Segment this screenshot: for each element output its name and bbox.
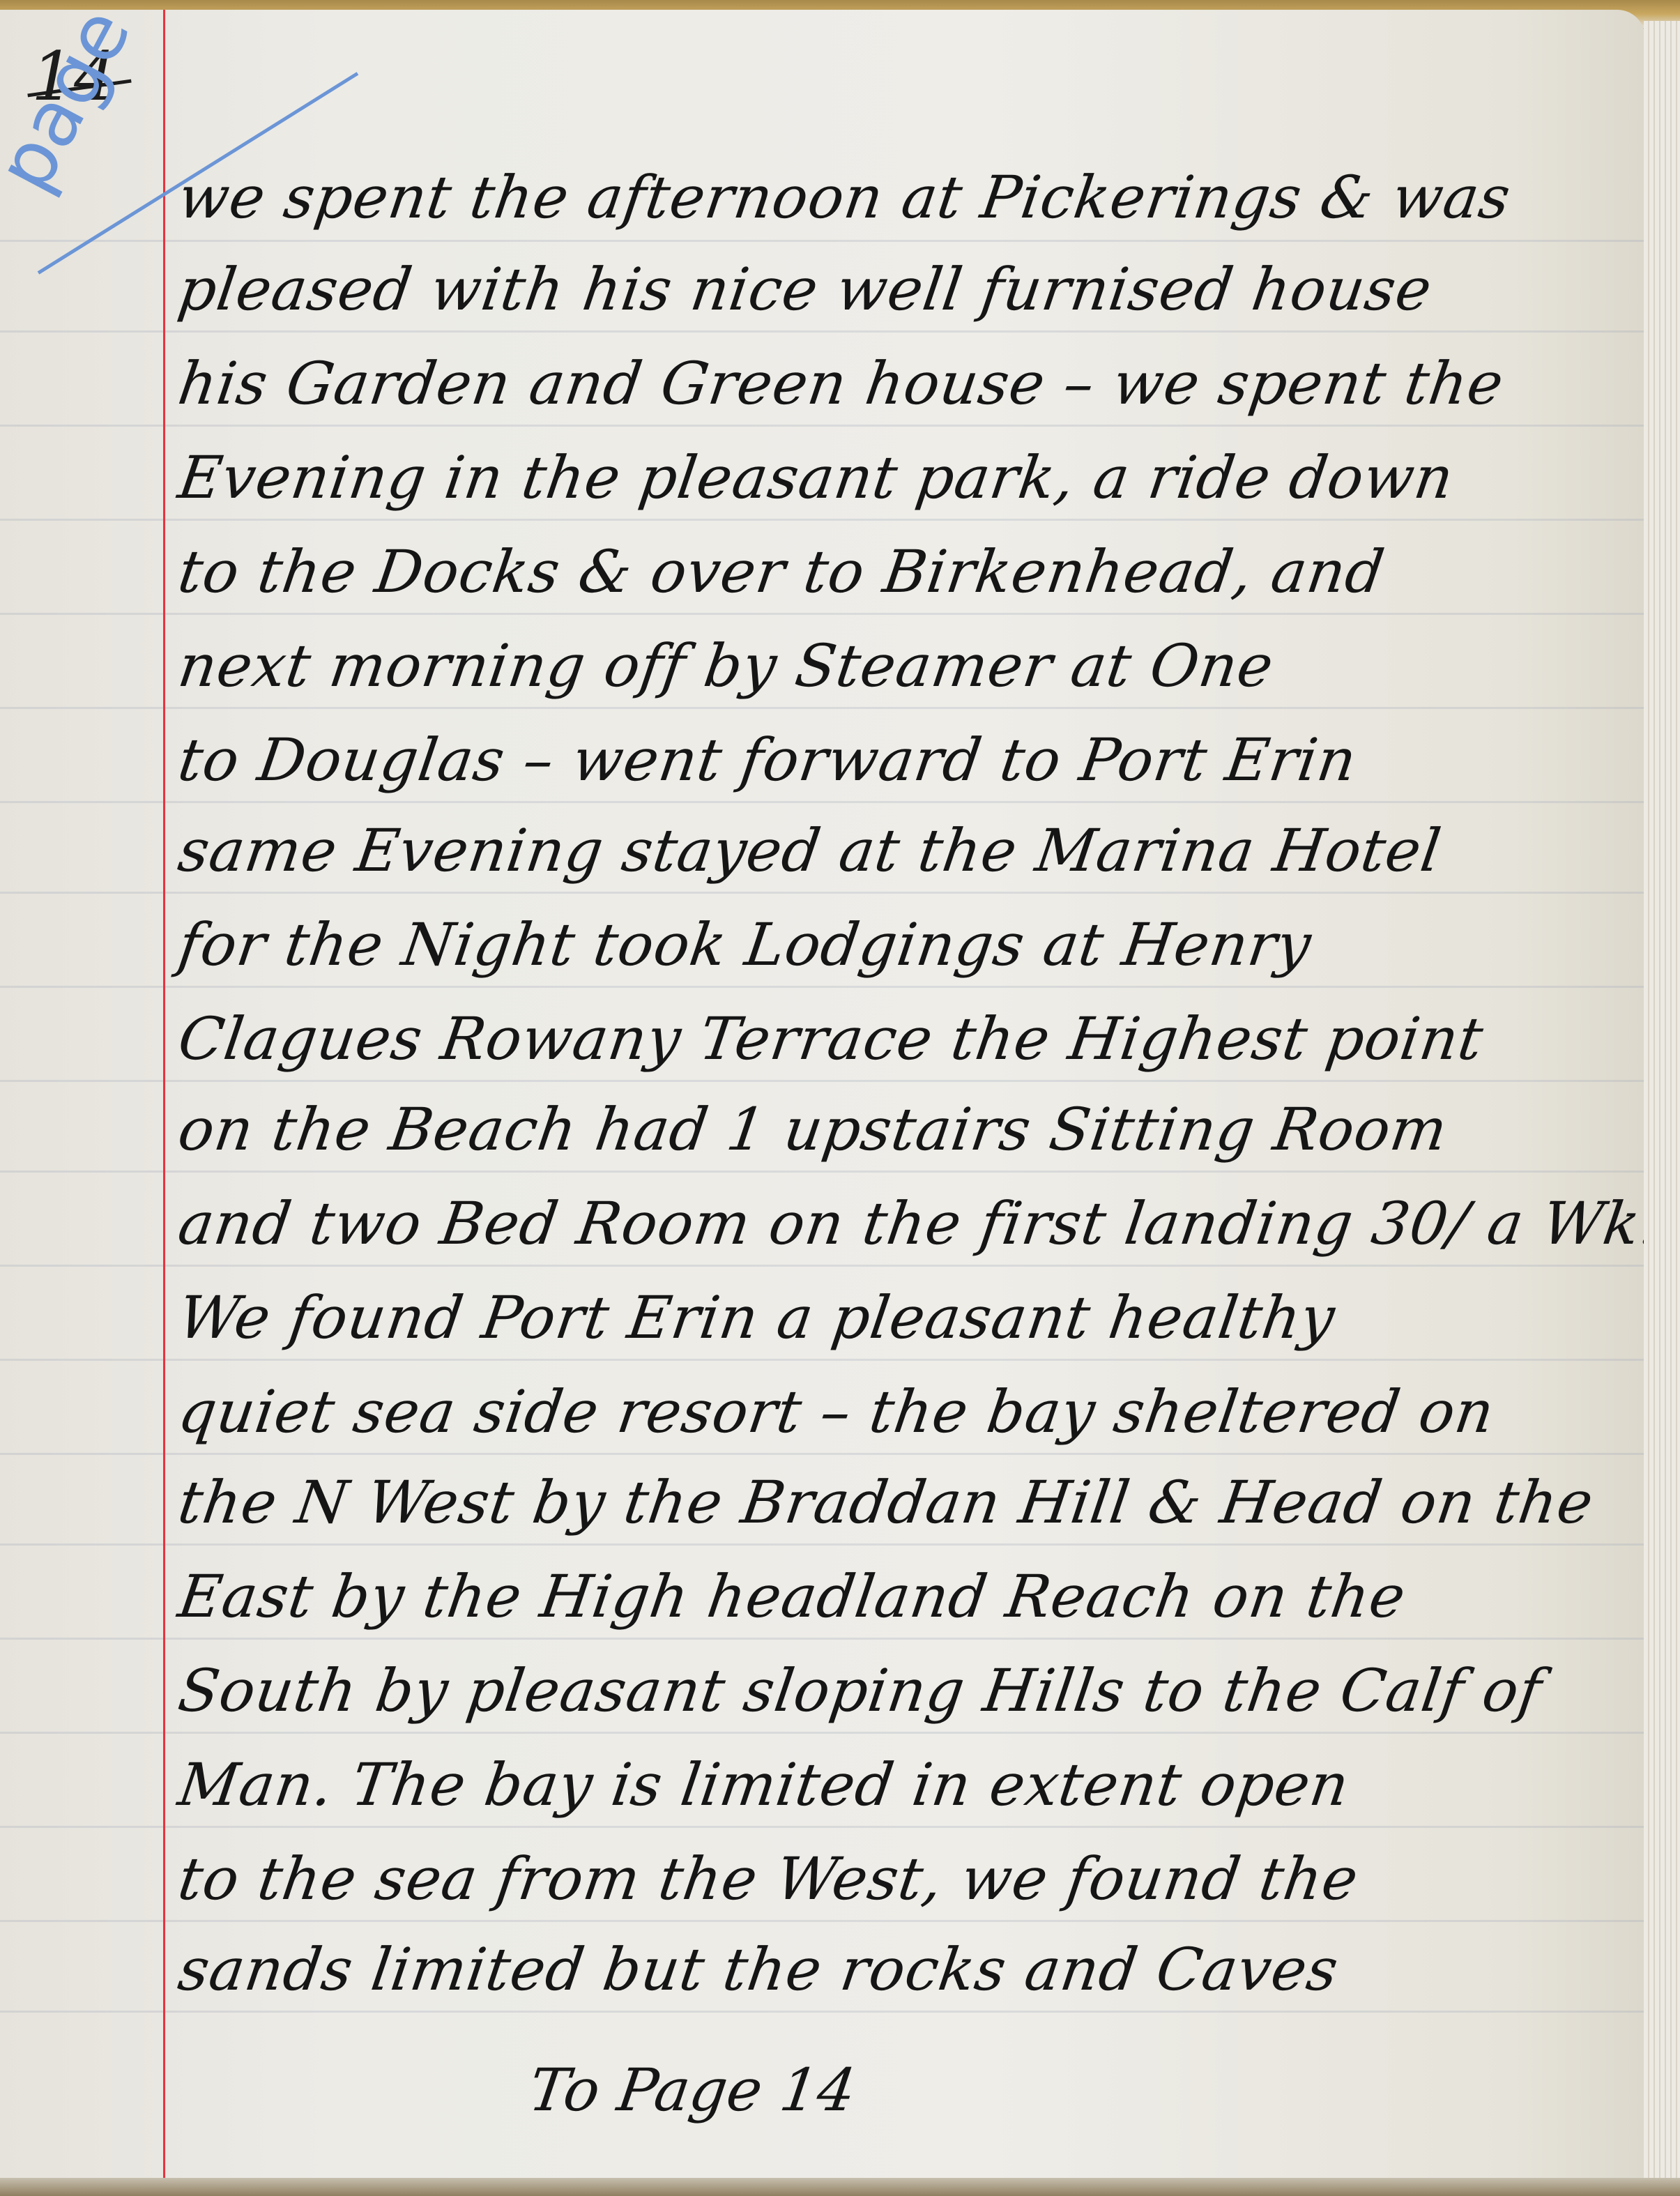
text-line-16: East by the High headland Reach on the — [174, 1562, 1410, 1631]
text-line-20: sands limited but the rocks and Caves — [174, 1935, 1343, 2004]
ruled-line — [0, 1826, 1645, 1828]
text-line-11: on the Beach had 1 upstairs Sitting Room — [174, 1095, 1452, 1164]
text-line-6: next morning off by Steamer at One — [174, 632, 1278, 700]
text-line-1: we spent the afternoon at Pickerings & w… — [174, 163, 1515, 231]
red-margin-rule — [163, 10, 165, 2185]
ruled-line — [0, 892, 1645, 894]
ruled-line — [0, 519, 1645, 521]
text-line-5: to the Docks & over to Birkenhead, and — [174, 537, 1389, 606]
text-line-10: Clagues Rowany Terrace the Highest point — [174, 1005, 1488, 1073]
ruled-line — [0, 1171, 1645, 1173]
text-line-13: We found Port Erin a pleasant healthy — [174, 1283, 1339, 1352]
text-line-14: quiet sea side resort – the bay sheltere… — [174, 1378, 1499, 1446]
text-line-2: pleased with his nice well furnised hous… — [174, 255, 1436, 323]
ruled-line — [0, 1638, 1645, 1640]
ruled-line — [0, 1265, 1645, 1267]
ruled-line — [0, 1543, 1645, 1546]
continuation-note: To Page 14 — [525, 2056, 860, 2124]
text-line-7: to Douglas – went forward to Port Erin — [174, 726, 1361, 794]
ruled-line — [0, 1359, 1645, 1361]
ruled-line — [0, 2011, 1645, 2013]
text-line-4: Evening in the pleasant park, a ride dow… — [174, 443, 1458, 512]
ruled-line — [0, 1080, 1645, 1082]
ruled-line — [0, 1453, 1645, 1455]
page-stack-edge — [1644, 21, 1680, 2182]
text-line-17: South by pleasant sloping Hills to the C… — [174, 1656, 1546, 1725]
ruled-line — [0, 240, 1645, 242]
ruled-line — [0, 330, 1645, 333]
text-line-8: same Evening stayed at the Marina Hotel — [174, 816, 1446, 885]
text-line-15: the N West by the Braddan Hill & Head on… — [174, 1468, 1598, 1537]
ruled-line — [0, 986, 1645, 988]
journal-page: 14 page 178 we spent the afternoon at Pi… — [0, 10, 1645, 2185]
ruled-line — [0, 1732, 1645, 1734]
ruled-line — [0, 1920, 1645, 1922]
text-line-3: his Garden and Green house – we spent th… — [174, 349, 1508, 418]
ruled-line — [0, 707, 1645, 709]
text-line-9: for the Night took Lodgings at Henry — [174, 910, 1315, 979]
text-line-12: and two Bed Room on the first landing 30… — [174, 1189, 1645, 1258]
ruled-line — [0, 425, 1645, 427]
text-line-19: to the sea from the West, we found the — [174, 1845, 1363, 1913]
book-bottom-edge — [0, 2178, 1680, 2196]
ruled-line — [0, 801, 1645, 803]
text-line-18: Man. The bay is limited in extent open — [174, 1751, 1354, 1819]
ruled-line — [0, 613, 1645, 615]
